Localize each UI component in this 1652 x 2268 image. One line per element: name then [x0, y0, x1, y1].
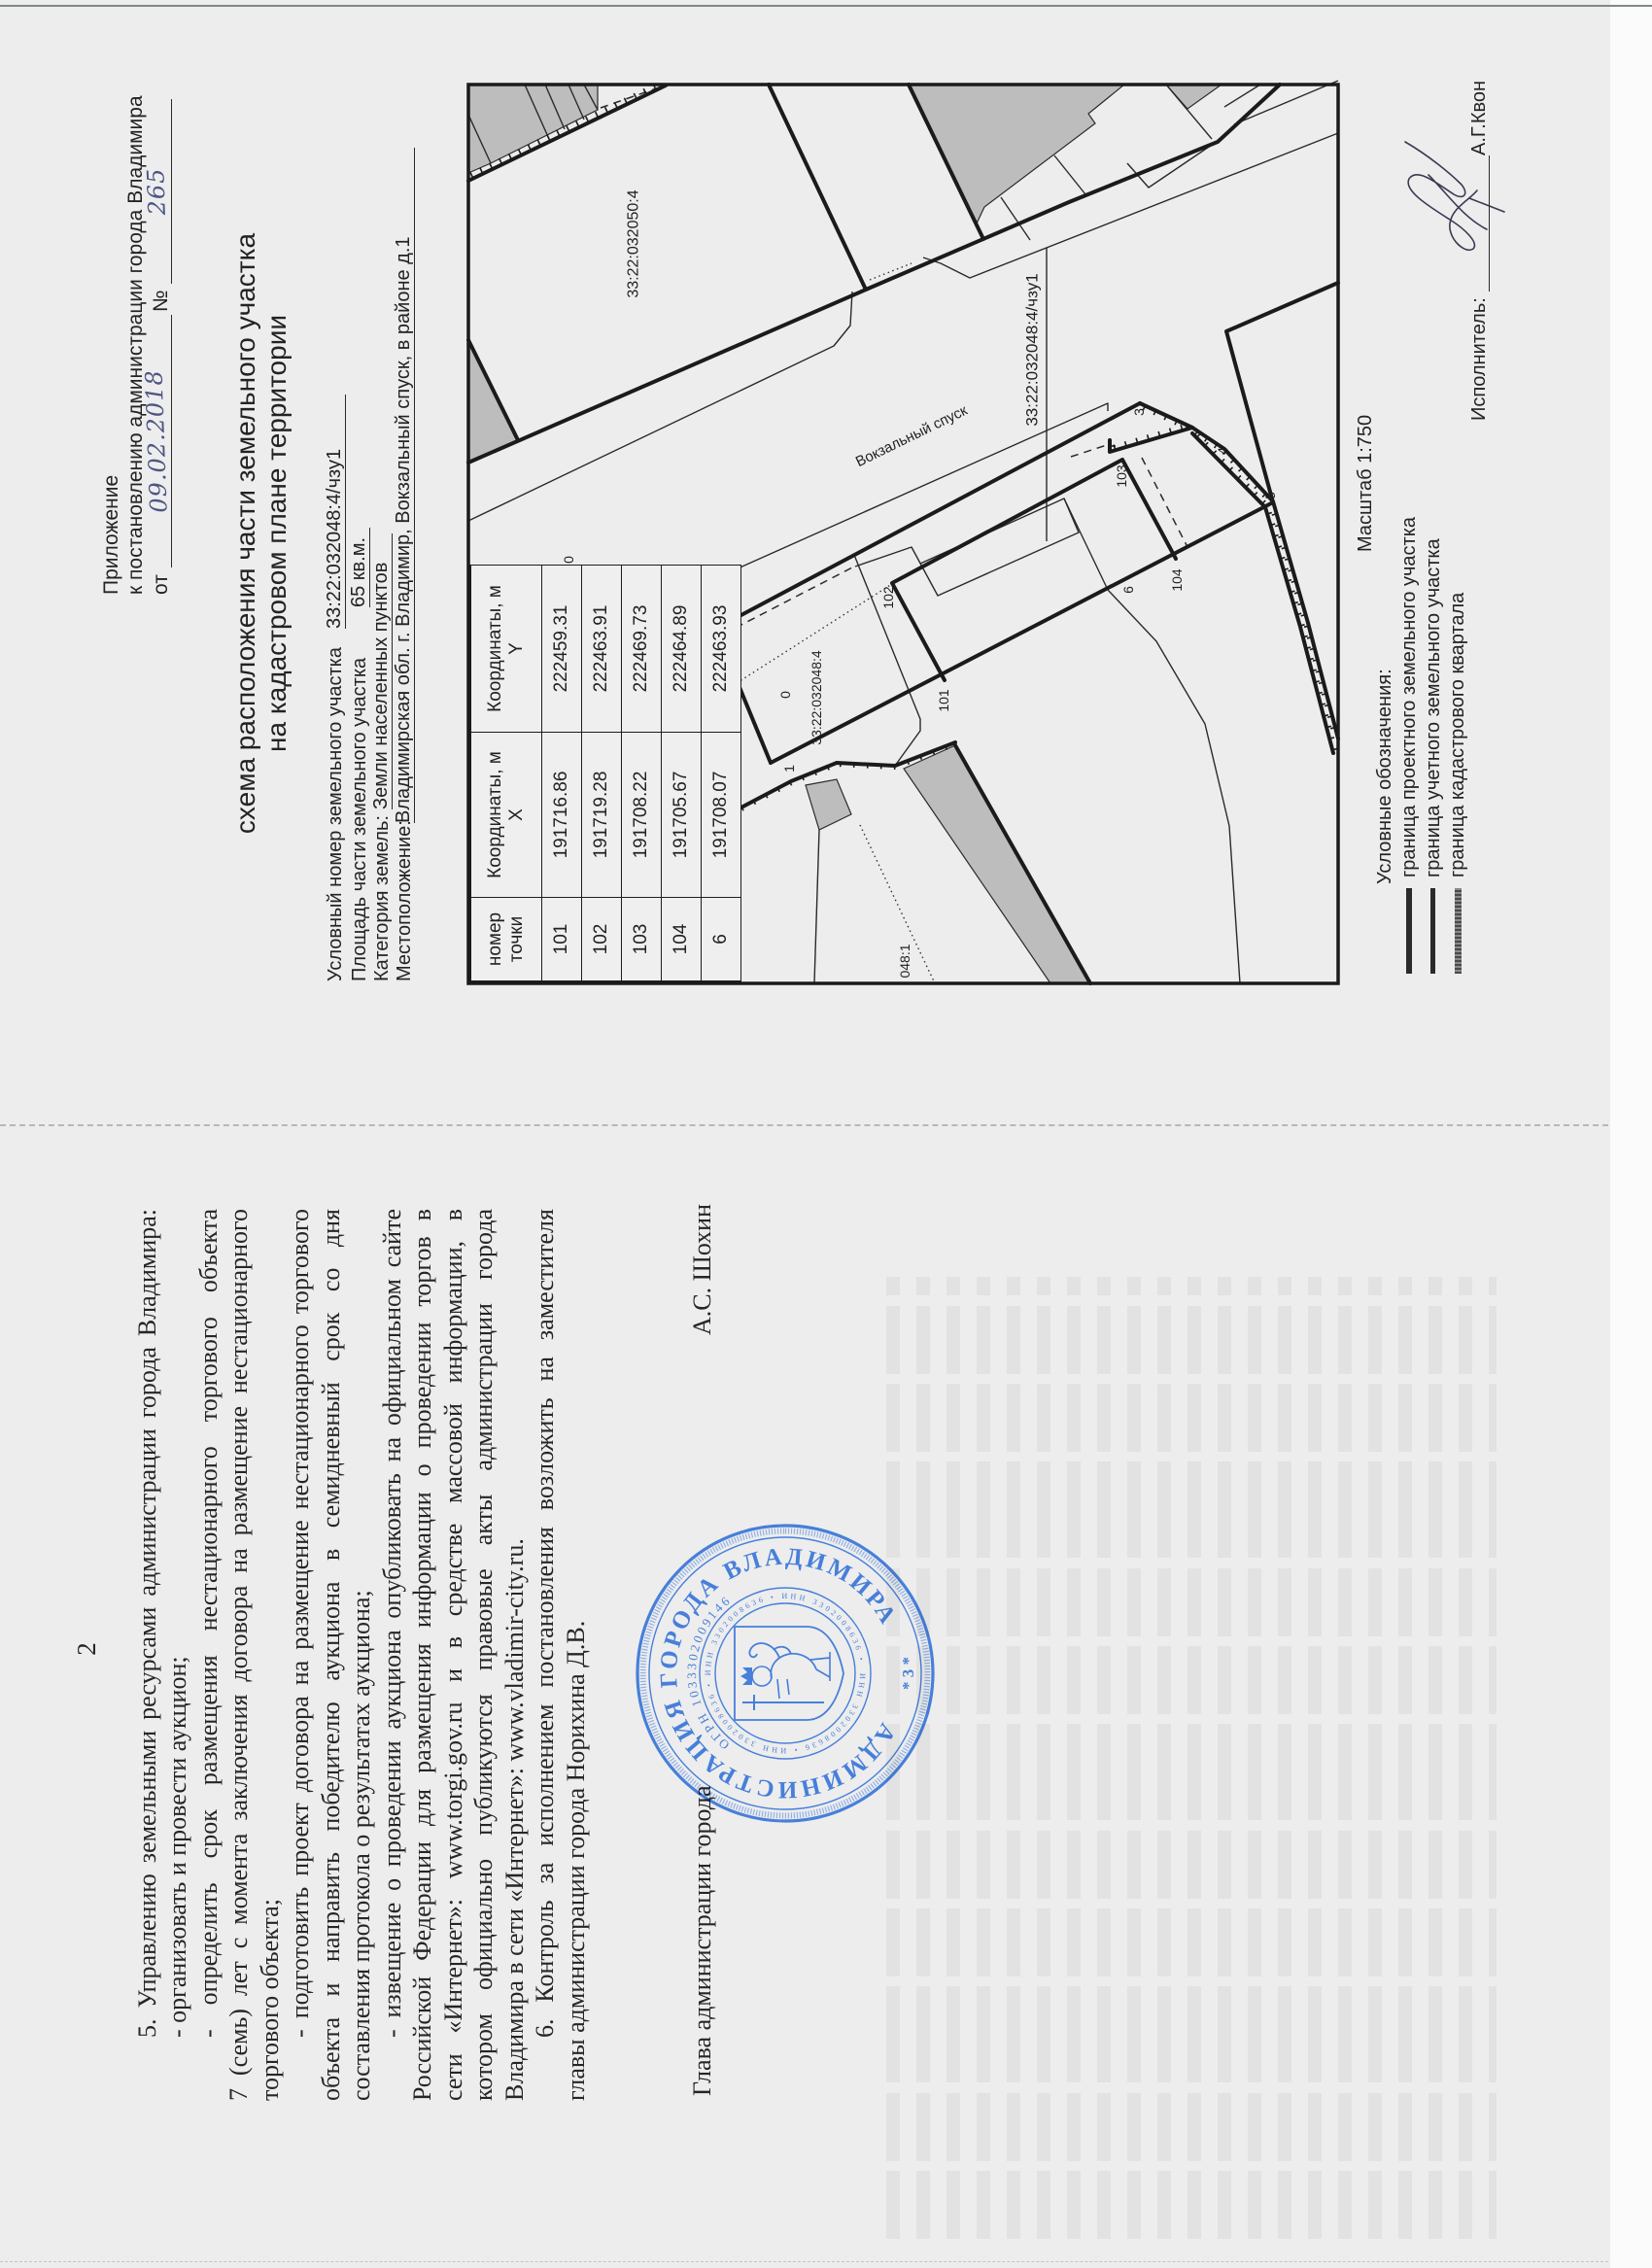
decree-line: объекта и направить победителю аукциона …: [317, 1209, 346, 2101]
header-point: номерточки: [470, 898, 542, 982]
decree-line: Российской Федерации для размещения инфо…: [408, 1209, 437, 2101]
decree-line: - подготовить проект договора на размеще…: [286, 1209, 315, 2038]
scheme-title-line1: схема расположения части земельного учас…: [230, 84, 261, 983]
decree-line: Владимира в сети «Интернет»: www.vladimi…: [500, 1209, 530, 2101]
executor-name: А.Г.Квон: [1468, 81, 1490, 155]
cell-y: 222463.91: [582, 566, 622, 733]
legend-item: граница учетного земельного участка: [1423, 538, 1444, 877]
decree-line: 7 (семь) лет с момента заключения догово…: [224, 1209, 254, 2101]
decree-line: - организовать и провести аукцион;: [163, 1209, 192, 2038]
table-header-row: номерточки Координаты, мX Координаты, мY: [470, 566, 542, 982]
info-label-area: Площадь части земельного участка: [349, 658, 370, 981]
table-row: 101 191716.86 222459.31: [542, 566, 582, 982]
legend-symbol-quarter-boundary: [1455, 888, 1462, 974]
legend-symbol-registered-boundary: [1430, 888, 1435, 974]
legend-title: Условные обозначения:: [1374, 669, 1395, 884]
info-label-location: Местоположение:: [394, 820, 415, 981]
decree-line: котором официально публикуются правовые …: [469, 1209, 499, 2101]
decree-line: составления протокола о результатах аукц…: [347, 1209, 376, 2101]
scanned-document: 0 33:22:032050:4 0 33:22:032048:4 33:22:…: [0, 0, 1652, 2268]
cell-x: 191719.28: [582, 733, 622, 898]
cell-x: 191708.22: [622, 733, 662, 898]
date-prefix: от: [150, 574, 173, 595]
stamp-inn-ring: ИНН 3302008636 • ИНН 3302008636 • ИНН 33…: [704, 1592, 867, 1755]
cell-y: 222464.89: [662, 566, 702, 733]
info-value-category: Земли населенных пунктов: [371, 533, 393, 809]
cell-y: 222459.31: [542, 566, 582, 733]
info-value-area: 65 кв.м.: [349, 528, 370, 607]
official-stamp: АДМИНИСТРАЦИЯ ГОРОДА ВЛАДИМИРА * 3 * ОГР…: [630, 1518, 941, 1829]
decree-line: сети «Интернет»: www.torgi.gov.ru и в ср…: [439, 1209, 468, 2101]
cell-point: 103: [622, 898, 662, 982]
header-y: Координаты, мY: [470, 566, 542, 733]
info-value-cadastral-number: 33:22:032048:4/чзу1: [325, 395, 346, 629]
cell-x: 191716.86: [542, 733, 582, 898]
executor-signature-line: [1489, 155, 1490, 292]
cell-point: 101: [542, 898, 582, 982]
cell-y: 222469.73: [622, 566, 662, 733]
table-row: 102 191719.28 222463.91: [582, 566, 622, 982]
coordinates-table: номерточки Координаты, мX Координаты, мY…: [468, 565, 741, 983]
decree-line: - извещение о проведении аукциона опубли…: [378, 1209, 407, 2038]
bleed-through-text: [886, 1277, 1497, 2239]
cell-y: 222463.93: [702, 566, 741, 733]
decree-line: 5. Управлению земельными ресурсами админ…: [133, 1209, 162, 2038]
stamp-number: * 3 *: [899, 1657, 917, 1690]
date-field: 09.02.2018: [148, 315, 172, 567]
cell-x: 191705.67: [662, 733, 702, 898]
table-row: 6 191708.07 222463.93: [702, 566, 741, 982]
legend-item: граница проектного земельного участка: [1398, 517, 1420, 877]
decree-page: 2 5. Управлению земельными ресурсами адм…: [0, 1125, 1610, 2268]
cell-x: 191708.07: [702, 733, 741, 898]
stamp-core-ring: [715, 1603, 855, 1743]
cell-point: 102: [582, 898, 622, 982]
scheme-title-line2: на кадастровом плане территории: [261, 84, 293, 983]
info-label-category: Категория земель:: [371, 815, 393, 981]
number-prefix: №: [150, 290, 173, 312]
appendix-label: Приложение: [100, 475, 123, 595]
number-field: 265: [148, 99, 172, 284]
cell-point: 6: [702, 898, 741, 982]
signatory-position: Глава администрации города: [688, 1785, 717, 2096]
legend-symbol-project-boundary: [1406, 888, 1412, 974]
header-x: Координаты, мX: [470, 733, 542, 898]
decree-line: - определить срок размещения нестационар…: [194, 1209, 224, 2038]
handwritten-number: 265: [140, 99, 174, 285]
page-number: 2: [72, 1632, 101, 1666]
appendix-page: Приложение к постановлению администрации…: [0, 0, 1610, 1119]
signatory-name: А.С. Шохин: [688, 1204, 717, 1398]
table-row: 103 191708.22 222469.73: [622, 566, 662, 982]
stamp-inner-ring: [700, 1588, 871, 1759]
info-value-location: Владимирская обл. г. Владимир, Вокзальны…: [394, 148, 415, 823]
decree-line: 6. Контроль за исполнением постановления…: [531, 1209, 560, 2038]
executor-label: Исполнитель:: [1468, 297, 1490, 421]
info-label-cadastral-number: Условный номер земельного участка: [325, 647, 346, 981]
map-scale: Масштаб 1:750: [1354, 415, 1377, 552]
coat-of-arms-icon: [735, 1627, 843, 1720]
cell-point: 104: [662, 898, 702, 982]
decree-line: главы администрации города Норихина Д.В.: [562, 1209, 591, 2101]
decree-line: торгового объекта;: [256, 1209, 285, 2101]
table-row: 104 191705.67 222464.89: [662, 566, 702, 982]
legend-item: граница кадастрового квартала: [1447, 593, 1468, 877]
